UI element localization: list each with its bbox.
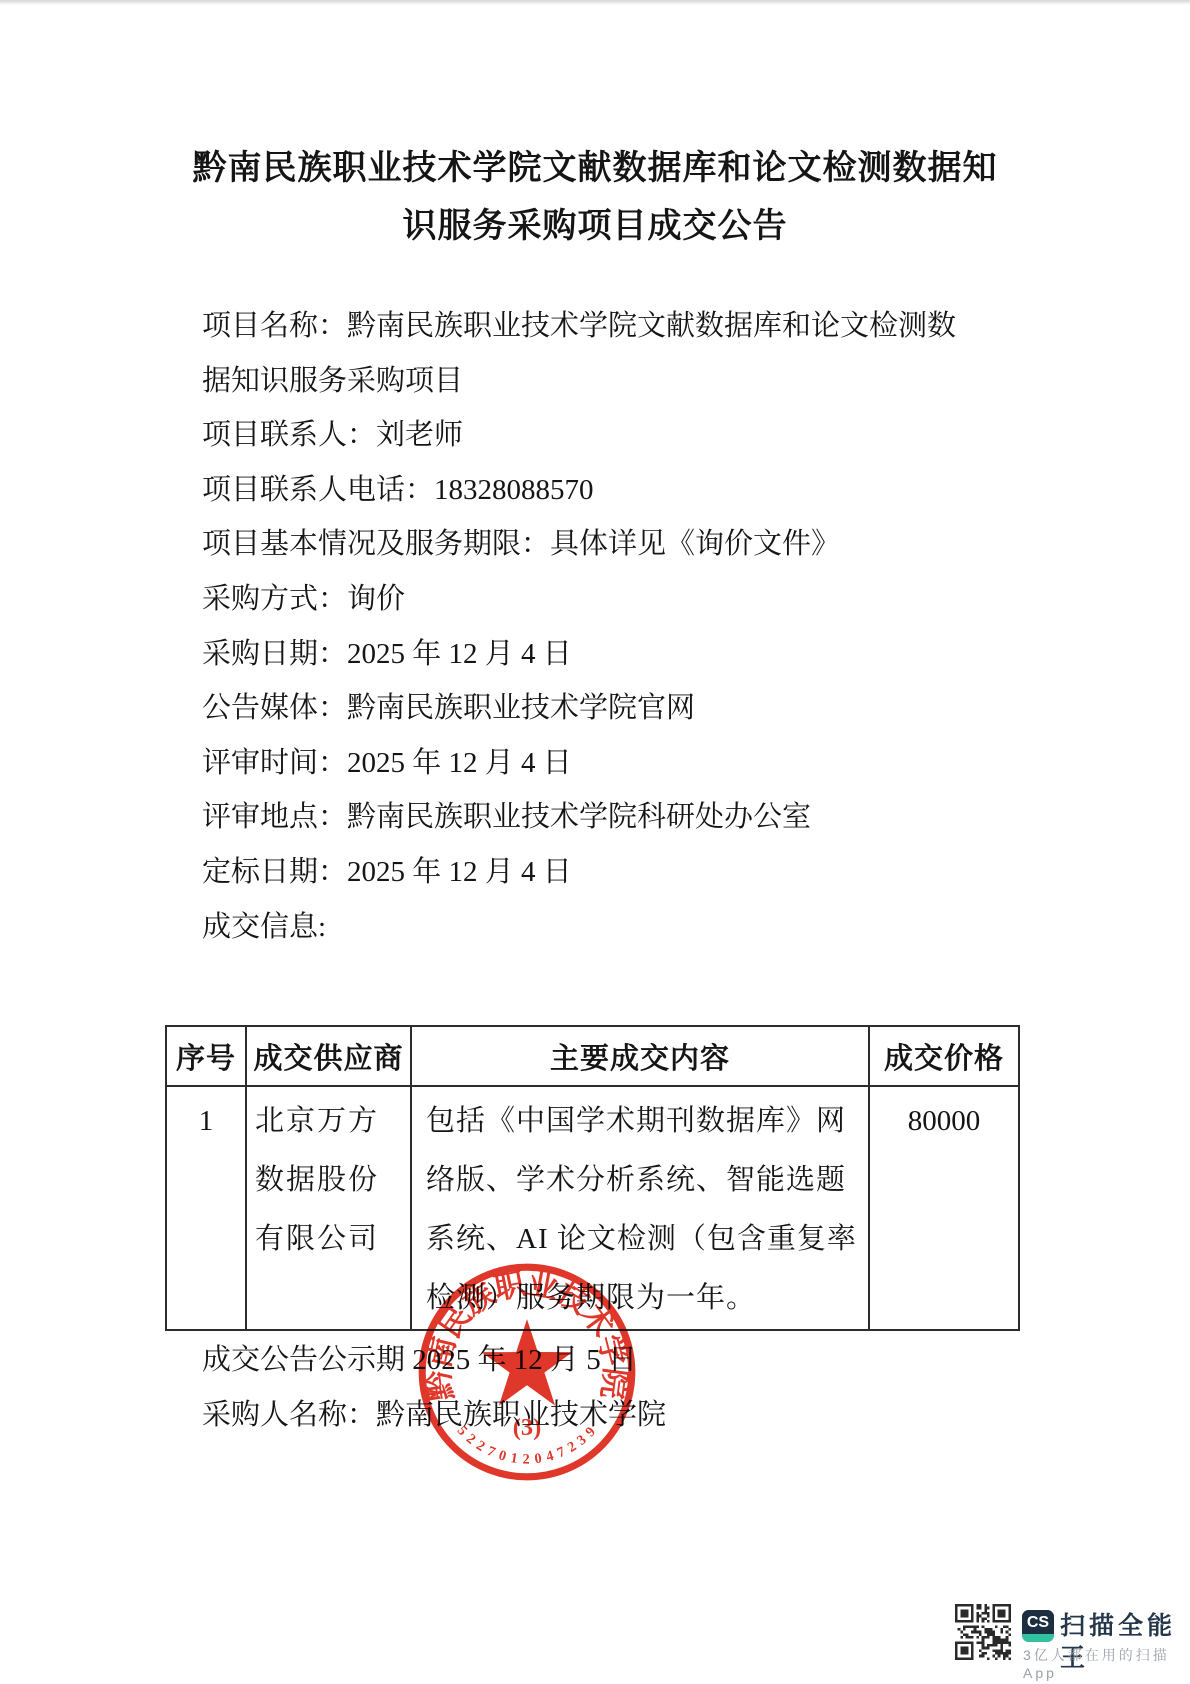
camscanner-logo-accent bbox=[1022, 1634, 1054, 1642]
body-line-contact-phone: 项目联系人电话：18328088570 bbox=[202, 463, 1032, 518]
header-supplier: 成交供应商 bbox=[246, 1026, 411, 1086]
cell-supplier: 北京万方数据股份有限公司 bbox=[246, 1086, 411, 1330]
camscanner-logo-text: CS bbox=[1022, 1611, 1054, 1635]
header-content: 主要成交内容 bbox=[411, 1026, 869, 1086]
body-line-award-date: 定标日期：2025 年 12 月 4 日 bbox=[202, 845, 1032, 900]
table-header-row: 序号 成交供应商 主要成交内容 成交价格 bbox=[166, 1026, 1019, 1086]
body-line-review-place: 评审地点：黔南民族职业技术学院科研处办公室 bbox=[202, 790, 1032, 845]
body-line-announcement-media: 公告媒体：黔南民族职业技术学院官网 bbox=[202, 681, 1032, 736]
cell-no: 1 bbox=[166, 1086, 246, 1330]
official-seal-stamp: 黔南民族职业技术学院 (3) 5227012047239 bbox=[410, 1255, 644, 1489]
header-no: 序号 bbox=[166, 1026, 246, 1086]
body-line-project-name-cont: 据知识服务采购项目 bbox=[202, 354, 1032, 409]
header-price: 成交价格 bbox=[869, 1026, 1019, 1086]
body-line-deal-info-label: 成交信息: bbox=[202, 900, 1032, 955]
document-title-line1: 黔南民族职业技术学院文献数据库和论文检测数据知 bbox=[0, 140, 1190, 198]
body-line-procurement-method: 采购方式：询价 bbox=[202, 572, 1032, 627]
document-title: 黔南民族职业技术学院文献数据库和论文检测数据知 识服务采购项目成交公告 bbox=[0, 140, 1190, 256]
camscanner-tagline: 3亿人都在用的扫描App bbox=[1023, 1645, 1190, 1681]
seal-star-icon bbox=[482, 1319, 573, 1405]
camscanner-logo-icon: CS bbox=[1022, 1610, 1054, 1642]
body-line-procurement-date: 采购日期：2025 年 12 月 4 日 bbox=[202, 627, 1032, 682]
body-line-review-time: 评审时间：2025 年 12 月 4 日 bbox=[202, 736, 1032, 791]
cell-price: 80000 bbox=[869, 1086, 1019, 1330]
seal-number-label: (3) bbox=[513, 1414, 541, 1441]
body-line-project-name: 项目名称：黔南民族职业技术学院文献数据库和论文检测数 bbox=[202, 299, 1032, 354]
qr-code bbox=[955, 1604, 1011, 1660]
announcement-body: 项目名称：黔南民族职业技术学院文献数据库和论文检测数 据知识服务采购项目 项目联… bbox=[202, 299, 1032, 954]
body-line-project-overview: 项目基本情况及服务期限：具体详见《询价文件》 bbox=[202, 517, 1032, 572]
scanned-document-page: 黔南民族职业技术学院文献数据库和论文检测数据知 识服务采购项目成交公告 项目名称… bbox=[0, 0, 1190, 1684]
scan-top-edge bbox=[0, 0, 1190, 5]
document-title-line2: 识服务采购项目成交公告 bbox=[0, 198, 1190, 256]
body-line-contact: 项目联系人：刘老师 bbox=[202, 408, 1032, 463]
